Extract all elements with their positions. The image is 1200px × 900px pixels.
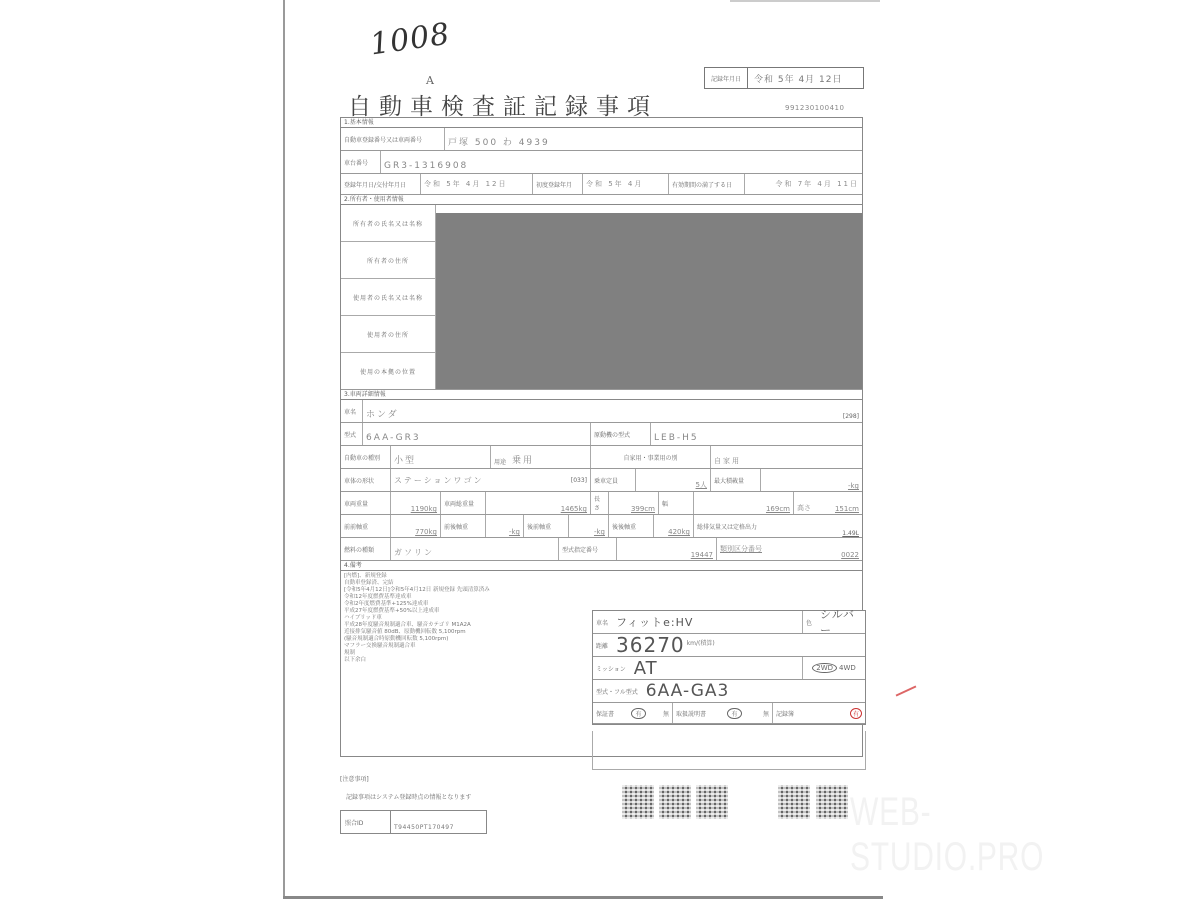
memo-mileage-value: 36270 bbox=[616, 633, 685, 657]
maker-value: ホンダ [298] bbox=[363, 400, 862, 422]
memo-mileage-cell: 距離 36270 km/(積算) bbox=[593, 634, 865, 656]
maker-label: 車名 bbox=[341, 400, 363, 422]
width-label: 幅 bbox=[659, 492, 694, 514]
memo-manual-no: 無 bbox=[763, 709, 769, 718]
expiry-label: 有効期間の満了する日 bbox=[669, 174, 745, 194]
weight-value: 1190kg bbox=[391, 492, 441, 514]
height-value: 151cm bbox=[835, 505, 859, 513]
notes-line: 自動車登録済、完結 bbox=[344, 580, 584, 587]
displacement-label: 総排気量又は定格出力 bbox=[697, 522, 757, 531]
private-value: 自家用 bbox=[711, 446, 862, 468]
gross-label: 車両総重量 bbox=[441, 492, 486, 514]
memo-mission-value: AT bbox=[634, 658, 658, 679]
gross-value: 1465kg bbox=[486, 492, 591, 514]
qr-code-2 bbox=[659, 785, 691, 819]
rf-value: -kg bbox=[569, 515, 609, 537]
record-date-box: 記録年月日 令和 5年 4月 12日 bbox=[704, 67, 864, 89]
expiry-value: 令和 7年 4月 11日 bbox=[745, 174, 862, 194]
red-pen-mark bbox=[896, 685, 917, 696]
memo-warranty-yes: 有 bbox=[631, 708, 645, 719]
private-label: 自家用・事業用の別 bbox=[591, 446, 711, 468]
memo-drive-2wd: 2WD bbox=[812, 663, 837, 673]
category-value: 0022 bbox=[841, 551, 859, 559]
memo-model-label: 型式・フル型式 bbox=[596, 687, 638, 696]
ff-label: 前前軸重 bbox=[341, 515, 391, 537]
section2-heading: 2.所有者・使用者情報 bbox=[341, 195, 862, 205]
redacted-block bbox=[436, 213, 862, 389]
memo-record-cell: 記録簿 有 bbox=[773, 703, 865, 723]
memo-manual-yes: 有 bbox=[727, 708, 741, 719]
memo-mileage-label: 距離 bbox=[596, 641, 608, 650]
memo-model-row: 型式・フル型式 6AA-GA3 bbox=[593, 680, 865, 703]
memo-name-value: フィットe:HV bbox=[616, 614, 693, 630]
memo-model-value: 6AA-GA3 bbox=[646, 681, 730, 701]
rr-value: 420kg bbox=[654, 515, 694, 537]
kind-row: 自動車の種別 小型 用途 乗用 自家用・事業用の別 自家用 bbox=[341, 446, 862, 469]
reg-date-value: 令和 5年 4月 12日 bbox=[421, 174, 533, 194]
dealer-memo: 車名 フィットe:HV 色 シルバー 距離 36270 km/(積算) ミッショ… bbox=[592, 610, 866, 725]
registration-value: 戸塚 500 わ 4939 bbox=[445, 128, 862, 150]
maker-code: [298] bbox=[843, 413, 859, 420]
memo-color-cell: 色 シルバー bbox=[803, 611, 865, 633]
section3-heading: 3.車両詳細情報 bbox=[341, 390, 862, 400]
fuel-value: ガソリン bbox=[391, 538, 559, 560]
type-designation-label: 型式指定番号 bbox=[559, 538, 617, 560]
notes-line: 令和2年度燃費基準+125%達成車 bbox=[344, 601, 584, 608]
type-designation-value: 19447 bbox=[617, 538, 717, 560]
owner-name-label: 所有者の氏名又は名称 bbox=[341, 205, 435, 242]
notes-line: 令和12年度燃費基準達成車 bbox=[344, 594, 584, 601]
memo-drive-4wd: 4WD bbox=[839, 664, 856, 672]
notes-line: ハイブリッド車 bbox=[344, 615, 584, 622]
use-label: 用途 bbox=[494, 457, 506, 466]
memo-color-label: 色 bbox=[806, 618, 812, 627]
axle-row: 前前軸重 770kg 前後軸重 -kg 後前軸重 -kg 後後軸重 420kg … bbox=[341, 515, 862, 538]
memo-name-row: 車名 フィットe:HV 色 シルバー bbox=[593, 611, 865, 634]
notes-line: 平成28年度騒音規制適合車、騒音カテゴリ M1A2A bbox=[344, 622, 584, 629]
verification-id-box: 照合ID T94450PT170497 bbox=[340, 810, 487, 834]
memo-warranty-cell: 保証書 有 無 bbox=[593, 703, 673, 723]
handwritten-number: 1008 bbox=[368, 17, 452, 63]
height-cell: 高さ 151cm bbox=[794, 492, 862, 514]
notes-line: 近接排気騒音値 80dB、原動機回転数 5,100rpm bbox=[344, 629, 584, 636]
body-label: 車体の形状 bbox=[341, 469, 391, 491]
first-reg-label: 初度登録年月 bbox=[533, 174, 583, 194]
notes-line: マフラー交換騒音規制適合車 bbox=[344, 643, 584, 650]
length-value: 399cm bbox=[609, 492, 659, 514]
page-bottom-edge bbox=[283, 896, 883, 899]
kind-label: 自動車の種別 bbox=[341, 446, 391, 468]
dates-row: 登録年月日/交付年月日 令和 5年 4月 12日 初度登録年月 令和 5年 4月… bbox=[341, 174, 862, 195]
rr-label: 後後軸重 bbox=[609, 515, 654, 537]
model-value: 6AA-GR3 bbox=[363, 423, 591, 445]
memo-model-cell: 型式・フル型式 6AA-GA3 bbox=[593, 680, 865, 702]
fuel-label: 燃料の種類 bbox=[341, 538, 391, 560]
notes-line: 以下余白 bbox=[344, 657, 584, 664]
memo-warranty-label: 保証書 bbox=[596, 709, 614, 718]
fr-label: 前後軸重 bbox=[441, 515, 486, 537]
model-label: 型式 bbox=[341, 423, 363, 445]
qr-code-1 bbox=[622, 785, 654, 819]
memo-mission-cell: ミッション AT bbox=[593, 657, 803, 679]
form-letter: A bbox=[426, 74, 434, 87]
use-value: 乗用 bbox=[512, 453, 534, 466]
memo-docs-row: 保証書 有 無 取扱説明書 有 無 記録簿 有 bbox=[593, 703, 865, 724]
qr-code-4 bbox=[778, 785, 810, 819]
ff-value: 770kg bbox=[391, 515, 441, 537]
caution-text: 記録事項はシステム登録時点の情報となります bbox=[346, 792, 471, 801]
document-number: 991230100410 bbox=[785, 104, 844, 112]
first-reg-value: 令和 5年 4月 bbox=[583, 174, 669, 194]
memo-warranty-no: 無 bbox=[663, 709, 669, 718]
registration-label: 自動車登録番号又は車両番号 bbox=[341, 128, 445, 150]
notes-text: [内燃]、新規登録自動車登録済、完結[令和5年4月12日]令和5年4月12日 新… bbox=[344, 573, 584, 664]
notes-line: [令和5年4月12日]令和5年4月12日 新規登録 先頭清算済み bbox=[344, 587, 584, 594]
max-load-value: -kg bbox=[761, 469, 862, 491]
notes-line: (騒音規制適合時原動機回転数 5,100rpm) bbox=[344, 636, 584, 643]
length-label: 長さ bbox=[591, 492, 609, 514]
engine-label: 原動機の型式 bbox=[591, 423, 651, 445]
notes-line: 平成27年度燃費基準+50%以上達成車 bbox=[344, 608, 584, 615]
qr-code-3 bbox=[696, 785, 728, 819]
model-row: 型式 6AA-GR3 原動機の型式 LEB-H5 bbox=[341, 423, 862, 446]
memo-drive-cell: 2WD 4WD bbox=[803, 657, 865, 679]
memo-record-yes: 有 bbox=[850, 708, 862, 719]
qr-code-5 bbox=[816, 785, 848, 819]
memo-mileage-unit: km/(積算) bbox=[687, 638, 715, 647]
chassis-value: GR3-1316908 bbox=[381, 151, 862, 173]
kind-value: 小型 bbox=[391, 446, 491, 468]
height-label: 高さ bbox=[797, 503, 811, 513]
category-label: 類別区分番号 bbox=[720, 544, 762, 554]
memo-mission-label: ミッション bbox=[596, 664, 626, 673]
page-top-stub bbox=[730, 0, 880, 2]
weight-label: 車両重量 bbox=[341, 492, 391, 514]
caution-heading: [注意事項] bbox=[340, 774, 369, 783]
fr-value: -kg bbox=[486, 515, 524, 537]
capacity-value: 5人 bbox=[636, 469, 711, 491]
section4-heading: 4.備考 bbox=[341, 561, 862, 571]
record-date-value: 令和 5年 4月 12日 bbox=[748, 68, 863, 88]
owner-labels: 所有者の氏名又は名称 所有者の住所 使用者の氏名又は名称 使用者の住所 使用の本… bbox=[341, 205, 436, 389]
chassis-row: 車台番号 GR3-1316908 bbox=[341, 151, 862, 174]
reg-date-label: 登録年月日/交付年月日 bbox=[341, 174, 421, 194]
max-load-label: 最大積載量 bbox=[711, 469, 761, 491]
user-address-label: 使用者の住所 bbox=[341, 316, 435, 353]
memo-manual-cell: 取扱説明書 有 無 bbox=[673, 703, 773, 723]
fuel-row: 燃料の種類 ガソリン 型式指定番号 19447 類別区分番号 0022 bbox=[341, 538, 862, 561]
owner-address-label: 所有者の住所 bbox=[341, 242, 435, 279]
base-location-label: 使用の本拠の位置 bbox=[341, 353, 435, 389]
body-code: [033] bbox=[571, 477, 587, 484]
category-cell: 類別区分番号 0022 bbox=[717, 538, 862, 560]
displacement-value: 1.49L bbox=[842, 530, 859, 537]
watermark: WEB-STUDIO.PRO bbox=[850, 790, 1113, 880]
memo-name-label: 車名 bbox=[596, 618, 608, 627]
memo-mission-row: ミッション AT 2WD 4WD bbox=[593, 657, 865, 680]
record-date-label: 記録年月日 bbox=[705, 68, 748, 88]
memo-record-label: 記録簿 bbox=[776, 709, 794, 718]
verification-id-label: 照合ID bbox=[341, 811, 391, 833]
verification-id-value: T94450PT170497 bbox=[391, 811, 486, 833]
width-value: 169cm bbox=[694, 492, 794, 514]
memo-blank-area bbox=[592, 731, 866, 770]
chassis-label: 車台番号 bbox=[341, 151, 381, 173]
memo-mileage-row: 距離 36270 km/(積算) bbox=[593, 634, 865, 657]
weight-row: 車両重量 1190kg 車両総重量 1465kg 長さ 399cm 幅 169c… bbox=[341, 492, 862, 515]
displacement-cell: 総排気量又は定格出力 1.49L bbox=[694, 515, 862, 537]
body-value: ステーションワゴン [033] bbox=[391, 469, 591, 491]
use-cell: 用途 乗用 bbox=[491, 446, 591, 468]
maker-row: 車名 ホンダ [298] bbox=[341, 400, 862, 423]
notes-line: 規制 bbox=[344, 650, 584, 657]
section1-heading: 1.基本情報 bbox=[341, 118, 862, 128]
owner-user-section: 所有者の氏名又は名称 所有者の住所 使用者の氏名又は名称 使用者の住所 使用の本… bbox=[341, 205, 862, 390]
registration-row: 自動車登録番号又は車両番号 戸塚 500 わ 4939 bbox=[341, 128, 862, 151]
engine-value: LEB-H5 bbox=[651, 423, 862, 445]
page-left-edge bbox=[283, 0, 285, 898]
rf-label: 後前軸重 bbox=[524, 515, 569, 537]
memo-name-cell: 車名 フィットe:HV bbox=[593, 611, 803, 633]
notes-line: [内燃]、新規登録 bbox=[344, 573, 584, 580]
memo-manual-label: 取扱説明書 bbox=[676, 709, 706, 718]
user-name-label: 使用者の氏名又は名称 bbox=[341, 279, 435, 316]
capacity-label: 乗車定員 bbox=[591, 469, 636, 491]
body-row: 車体の形状 ステーションワゴン [033] 乗車定員 5人 最大積載量 -kg bbox=[341, 469, 862, 492]
